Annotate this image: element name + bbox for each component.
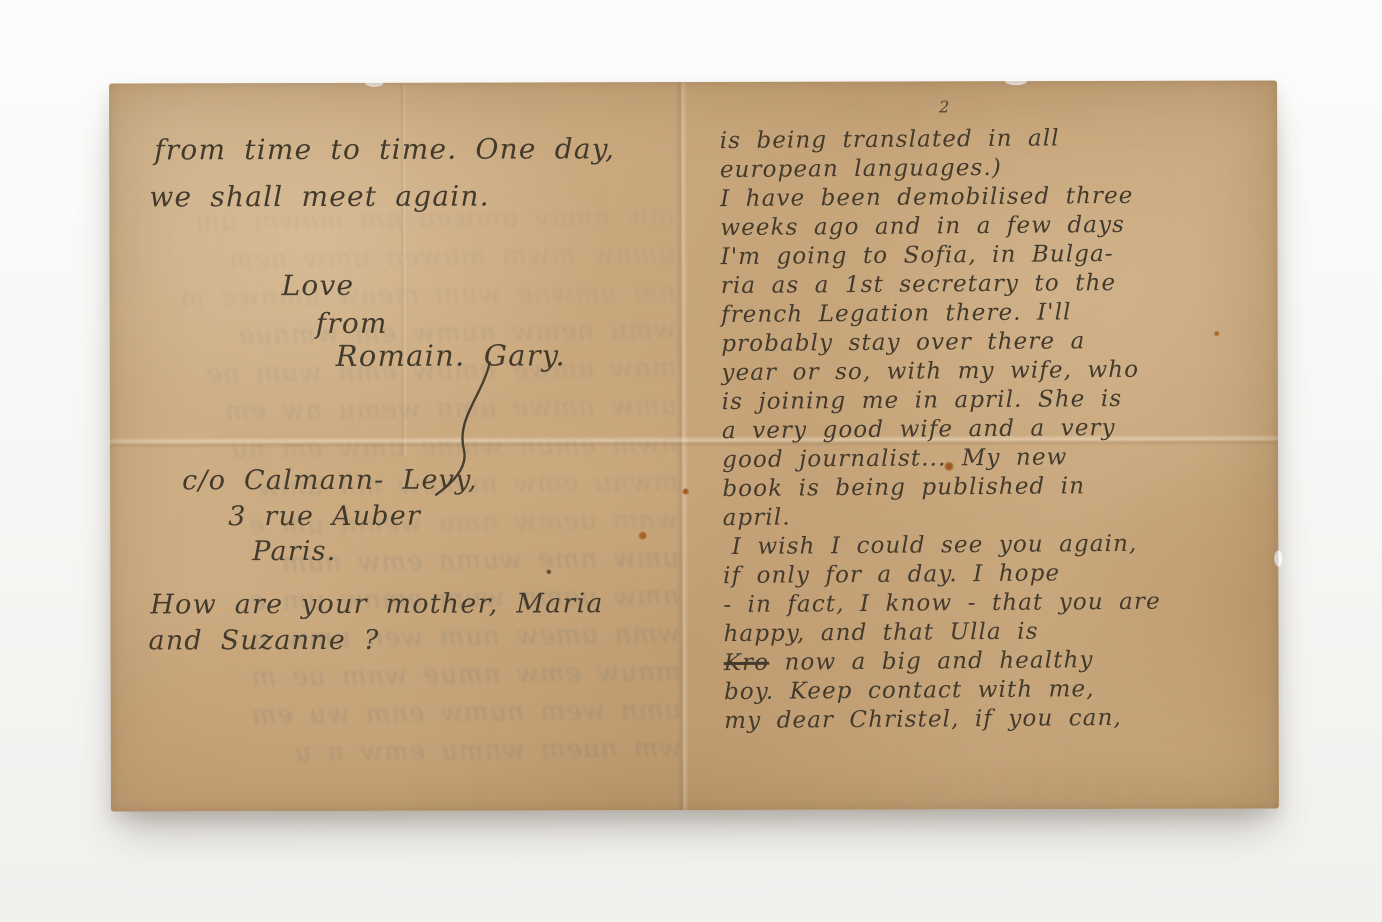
fold-crease-vertical [675, 82, 689, 810]
letter-line: if only for a day. I hope [723, 559, 1161, 591]
ghost-line: wm nuem wnmu emw n u [121, 729, 681, 774]
struck-word: Kro [724, 650, 770, 676]
letter-line: ria as a 1st secretary to the [721, 269, 1159, 301]
ghost-line: nwm emun wmne umw em nu [117, 425, 677, 470]
postscript-line: How are your mother, Maria [150, 588, 603, 620]
foxing-spot [682, 488, 689, 495]
letter-line: happy, and that Ulla is [723, 617, 1161, 649]
ghost-line: mnuw emw nmue wnm ue m [120, 653, 680, 698]
foxing-spot [1214, 331, 1220, 337]
paper-edge-nick [1005, 77, 1027, 85]
letter-line: I'm going to Sofia, in Bulga- [720, 240, 1158, 272]
closing-line: from time to time. One day, [154, 132, 615, 166]
letter-line: is being translated in all [720, 124, 1158, 156]
letter-line: french Legation there. I'll [721, 298, 1159, 330]
letter-line: boy. Keep contact with me, [724, 675, 1162, 707]
address-line: c/o Calmann- Levy, [182, 465, 478, 497]
ghost-line: umw nmwe umn wemu nw em [117, 387, 677, 432]
right-page: 2 is being translated in all european la… [109, 80, 1277, 83]
address-line: Paris. [252, 536, 336, 567]
letter-sheet: mw nmuv umwen nm mawm umumnw mwm muwen u… [109, 80, 1279, 811]
left-page: from time to time. One day, we shall mee… [109, 80, 1277, 83]
paper-edge-nick [1274, 550, 1282, 566]
letter-line: year or so, with my wife, who [721, 356, 1159, 388]
valediction-love: Love [282, 269, 355, 302]
ghost-line: nm umwne wum menw umnwe m [115, 273, 675, 318]
letter-line: I have been demobilised three [720, 182, 1158, 214]
letter-line-text: now a big and healthy [784, 647, 1093, 675]
letter-line: my dear Christel, if you can, [724, 704, 1162, 736]
signature: Romain. Gary. [336, 338, 566, 373]
letter-body: is being translated in all european lang… [720, 124, 1162, 736]
ghost-line: umnw mwm muwen umw nem [115, 235, 675, 280]
photo-background: mw nmuv umwen nm mawm umumnw mwm muwen u… [0, 0, 1382, 922]
paper-edge-nick [365, 80, 383, 88]
closing-line: we shall meet again. [149, 180, 489, 214]
letter-line: I wish I could see you again, [723, 530, 1161, 562]
letter-line: good journalist... My new [722, 443, 1160, 475]
letter-line: probably stay over there a [721, 327, 1159, 359]
foxing-spot [546, 569, 551, 574]
page-number: 2 [939, 97, 949, 116]
ghost-line: umn wem numw enm wu em [121, 691, 681, 736]
letter-line: weeks ago and in a few days [720, 211, 1158, 243]
letter-line-with-strikethrough: Kro now a big and healthy [724, 646, 1162, 678]
ghost-line: umw nme wumn emw num [119, 539, 679, 584]
postscript-line: and Suzanne ? [148, 625, 379, 657]
letter-line: book is being published in [722, 472, 1160, 504]
letter-line: april. [723, 501, 1161, 533]
letter-line: - in fact, I know - that you are [723, 588, 1161, 620]
letter-line: a very good wife and a very [722, 414, 1160, 446]
letter-line: european languages.) [720, 153, 1158, 185]
address-line: 3 rue Auber [228, 501, 421, 533]
foxing-spot [638, 531, 647, 540]
letter-line: is joining me in april. She is [722, 385, 1160, 417]
valediction-from: from [316, 307, 388, 340]
